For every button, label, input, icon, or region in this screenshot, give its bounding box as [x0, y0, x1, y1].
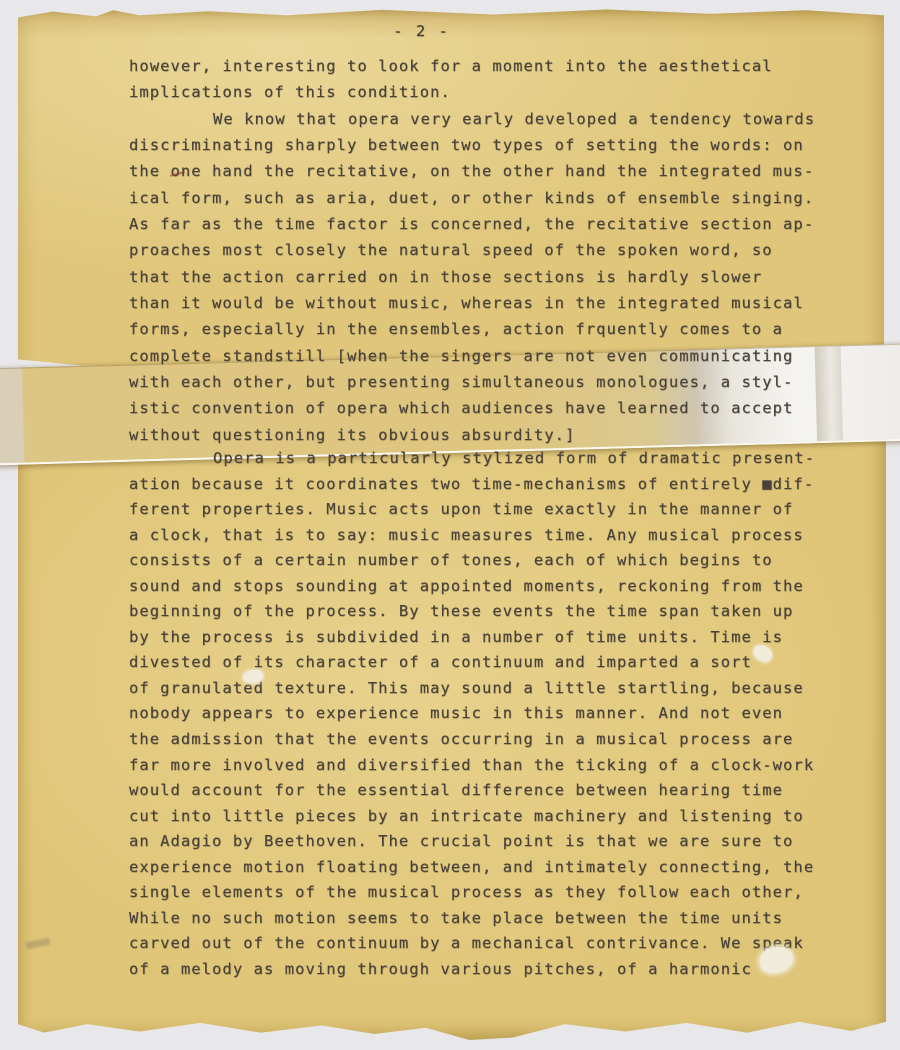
text-line: divested of its character of a continuum… — [129, 650, 829, 676]
text-line: nobody appears to experience music in th… — [129, 701, 829, 727]
text-line: Opera is a particularly stylized form of… — [129, 446, 829, 472]
text-line: cut into little pieces by an intricate m… — [129, 804, 829, 830]
page-number: - 2 - — [129, 22, 714, 40]
text-line: of a melody as moving through various pi… — [129, 957, 829, 983]
text-line: beginning of the process. By these event… — [129, 599, 829, 625]
paragraph-block-bottom: Opera is a particularly stylized form of… — [129, 446, 829, 982]
text-line: however, interesting to look for a momen… — [129, 53, 829, 79]
text-line: We know that opera very early developed … — [129, 106, 829, 132]
text-line: than it would be without music, whereas … — [129, 290, 829, 316]
text-line: a clock, that is to say: music measures … — [129, 523, 829, 549]
text-line: single elements of the musical process a… — [129, 880, 829, 906]
text-line: complete standstill [when the singers ar… — [129, 343, 829, 369]
text-line: forms, especially in the ensembles, acti… — [129, 316, 829, 342]
text-line: ical form, such as aria, duet, or other … — [129, 185, 829, 211]
text-line: carved out of the continuum by a mechani… — [129, 931, 829, 957]
text-line: without questioning its obvious absurdit… — [129, 422, 829, 448]
text-line: the one hand the recitative, on the othe… — [129, 158, 829, 184]
text-line: consists of a certain number of tones, e… — [129, 548, 829, 574]
paragraph-block-top: however, interesting to look for a momen… — [129, 53, 829, 448]
text-line: sound and stops sounding at appointed mo… — [129, 574, 829, 600]
text-line: istic convention of opera which audience… — [129, 395, 829, 421]
text-line: by the process is subdivided in a number… — [129, 625, 829, 651]
text-line: discriminating sharply between two types… — [129, 132, 829, 158]
text-line: experience motion floating between, and … — [129, 855, 829, 881]
text-line: As far as the time factor is concerned, … — [129, 211, 829, 237]
text-line: of granulated texture. This may sound a … — [129, 676, 829, 702]
typewritten-text-layer: - 2 - however, interesting to look for a… — [0, 0, 900, 1050]
text-line: an Adagio by Beethoven. The crucial poin… — [129, 829, 829, 855]
text-line: ation because it coordinates two time-me… — [129, 472, 829, 498]
text-line: the admission that the events occurring … — [129, 727, 829, 753]
text-line: would account for the essential differen… — [129, 778, 829, 804]
text-line: While no such motion seems to take place… — [129, 906, 829, 932]
scanned-typescript-page: - 2 - however, interesting to look for a… — [0, 0, 900, 1050]
text-line: that the action carried on in those sect… — [129, 264, 829, 290]
text-line: with each other, but presenting simultan… — [129, 369, 829, 395]
text-line: implications of this condition. — [129, 79, 829, 105]
text-line: far more involved and diversified than t… — [129, 753, 829, 779]
text-line: proaches most closely the natural speed … — [129, 237, 829, 263]
text-line: ferent properties. Music acts upon time … — [129, 497, 829, 523]
